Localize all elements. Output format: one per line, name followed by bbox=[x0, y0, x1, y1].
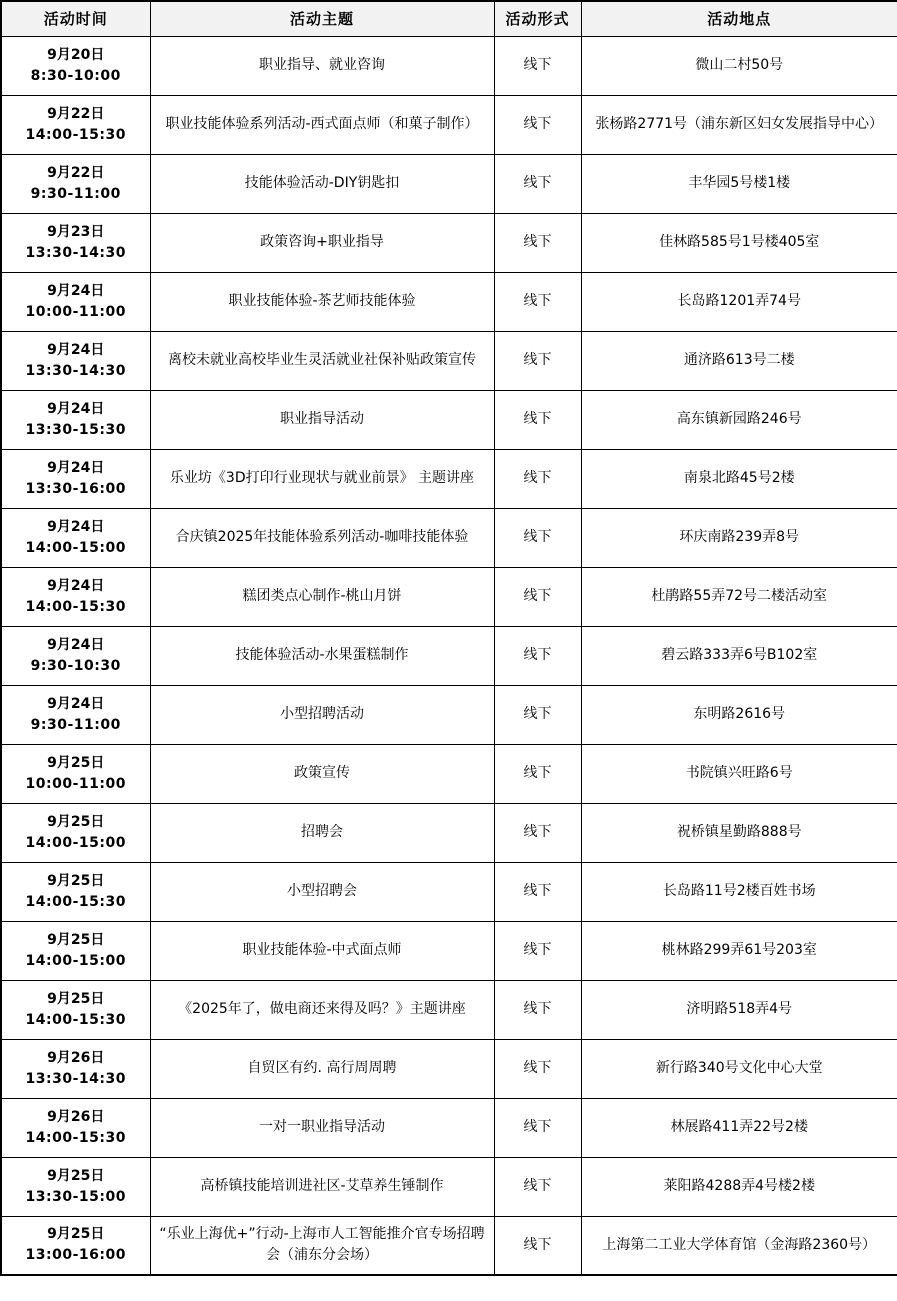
event-time-cell: 9月25日 13:00-16:00 bbox=[1, 1216, 150, 1275]
event-theme-cell: 政策咨询+职业指导 bbox=[150, 213, 494, 272]
event-date: 9月26日 bbox=[5, 1048, 147, 1069]
table-row: 9月24日 13:30-15:30 职业指导活动 线下 高东镇新园路246号 bbox=[1, 390, 897, 449]
event-format-cell: 线下 bbox=[494, 154, 581, 213]
table-row: 9月25日 10:00-11:00 政策宣传 线下 书院镇兴旺路6号 bbox=[1, 744, 897, 803]
event-time-range: 13:30-16:00 bbox=[5, 479, 147, 500]
table-row: 9月22日 14:00-15:30 职业技能体验系列活动-西式面点师（和菓子制作… bbox=[1, 95, 897, 154]
event-theme-cell: 职业指导活动 bbox=[150, 390, 494, 449]
event-location-cell: 林展路411弄22号2楼 bbox=[581, 1098, 897, 1157]
table-row: 9月22日 9:30-11:00 技能体验活动-DIY钥匙扣 线下 丰华园5号楼… bbox=[1, 154, 897, 213]
event-time-cell: 9月25日 13:30-15:00 bbox=[1, 1157, 150, 1216]
column-header-format: 活动形式 bbox=[494, 1, 581, 36]
event-time-range: 13:30-14:30 bbox=[5, 243, 147, 264]
event-format-cell: 线下 bbox=[494, 213, 581, 272]
event-theme-cell: “乐业上海优+”行动-上海市人工智能推介官专场招聘会（浦东分会场） bbox=[150, 1216, 494, 1275]
event-time-cell: 9月26日 13:30-14:30 bbox=[1, 1039, 150, 1098]
event-location-cell: 杜鹃路55弄72号二楼活动室 bbox=[581, 567, 897, 626]
event-format-cell: 线下 bbox=[494, 626, 581, 685]
event-date: 9月23日 bbox=[5, 222, 147, 243]
table-row: 9月26日 13:30-14:30 自贸区有约. 高行周周聘 线下 新行路340… bbox=[1, 1039, 897, 1098]
event-format-cell: 线下 bbox=[494, 1039, 581, 1098]
event-time-range: 9:30-11:00 bbox=[5, 715, 147, 736]
event-location-cell: 上海第二工业大学体育馆（金海路2360号） bbox=[581, 1216, 897, 1275]
event-location-cell: 济明路518弄4号 bbox=[581, 980, 897, 1039]
event-time-cell: 9月25日 14:00-15:00 bbox=[1, 803, 150, 862]
event-theme-cell: 自贸区有约. 高行周周聘 bbox=[150, 1039, 494, 1098]
event-theme-cell: 糕团类点心制作-桃山月饼 bbox=[150, 567, 494, 626]
event-theme-cell: 职业技能体验系列活动-西式面点师（和菓子制作） bbox=[150, 95, 494, 154]
event-format-cell: 线下 bbox=[494, 508, 581, 567]
event-time-range: 13:30-14:30 bbox=[5, 361, 147, 382]
event-time-cell: 9月24日 14:00-15:00 bbox=[1, 508, 150, 567]
event-time-range: 14:00-15:30 bbox=[5, 597, 147, 618]
event-time-range: 8:30-10:00 bbox=[5, 66, 147, 87]
event-time-range: 13:00-16:00 bbox=[5, 1245, 147, 1266]
table-row: 9月25日 14:00-15:00 职业技能体验-中式面点师 线下 桃林路299… bbox=[1, 921, 897, 980]
event-location-cell: 碧云路333弄6号B102室 bbox=[581, 626, 897, 685]
table-row: 9月24日 13:30-14:30 离校未就业高校毕业生灵活就业社保补贴政策宣传… bbox=[1, 331, 897, 390]
event-location-cell: 书院镇兴旺路6号 bbox=[581, 744, 897, 803]
event-format-cell: 线下 bbox=[494, 36, 581, 95]
event-format-cell: 线下 bbox=[494, 1098, 581, 1157]
event-theme-cell: 小型招聘会 bbox=[150, 862, 494, 921]
table-row: 9月24日 14:00-15:00 合庆镇2025年技能体验系列活动-咖啡技能体… bbox=[1, 508, 897, 567]
event-date: 9月24日 bbox=[5, 458, 147, 479]
event-time-cell: 9月24日 9:30-10:30 bbox=[1, 626, 150, 685]
event-time-cell: 9月25日 14:00-15:00 bbox=[1, 921, 150, 980]
event-location-cell: 长岛路11号2楼百姓书场 bbox=[581, 862, 897, 921]
event-format-cell: 线下 bbox=[494, 95, 581, 154]
event-time-cell: 9月22日 9:30-11:00 bbox=[1, 154, 150, 213]
event-date: 9月25日 bbox=[5, 989, 147, 1010]
event-time-cell: 9月22日 14:00-15:30 bbox=[1, 95, 150, 154]
event-date: 9月24日 bbox=[5, 399, 147, 420]
event-theme-cell: 高桥镇技能培训进社区-艾草养生锤制作 bbox=[150, 1157, 494, 1216]
event-format-cell: 线下 bbox=[494, 272, 581, 331]
event-theme-cell: 乐业坊《3D打印行业现状与就业前景》 主题讲座 bbox=[150, 449, 494, 508]
event-location-cell: 高东镇新园路246号 bbox=[581, 390, 897, 449]
table-row: 9月24日 9:30-11:00 小型招聘活动 线下 东明路2616号 bbox=[1, 685, 897, 744]
event-date: 9月24日 bbox=[5, 281, 147, 302]
event-time-cell: 9月24日 13:30-15:30 bbox=[1, 390, 150, 449]
event-time-range: 14:00-15:30 bbox=[5, 1128, 147, 1149]
event-theme-cell: 合庆镇2025年技能体验系列活动-咖啡技能体验 bbox=[150, 508, 494, 567]
table-row: 9月24日 13:30-16:00 乐业坊《3D打印行业现状与就业前景》 主题讲… bbox=[1, 449, 897, 508]
event-time-cell: 9月25日 10:00-11:00 bbox=[1, 744, 150, 803]
event-date: 9月25日 bbox=[5, 753, 147, 774]
event-date: 9月25日 bbox=[5, 1166, 147, 1187]
event-date: 9月22日 bbox=[5, 104, 147, 125]
event-format-cell: 线下 bbox=[494, 1216, 581, 1275]
event-time-range: 14:00-15:00 bbox=[5, 951, 147, 972]
event-location-cell: 莱阳路4288弄4号楼2楼 bbox=[581, 1157, 897, 1216]
event-time-range: 14:00-15:30 bbox=[5, 125, 147, 146]
event-time-cell: 9月24日 9:30-11:00 bbox=[1, 685, 150, 744]
event-location-cell: 佳林路585号1号楼405室 bbox=[581, 213, 897, 272]
event-date: 9月22日 bbox=[5, 163, 147, 184]
event-format-cell: 线下 bbox=[494, 331, 581, 390]
table-row: 9月25日 13:00-16:00 “乐业上海优+”行动-上海市人工智能推介官专… bbox=[1, 1216, 897, 1275]
event-format-cell: 线下 bbox=[494, 1157, 581, 1216]
table-row: 9月25日 14:00-15:00 招聘会 线下 祝桥镇星勤路888号 bbox=[1, 803, 897, 862]
event-location-cell: 环庆南路239弄8号 bbox=[581, 508, 897, 567]
event-theme-cell: 职业技能体验-中式面点师 bbox=[150, 921, 494, 980]
event-time-range: 13:30-14:30 bbox=[5, 1069, 147, 1090]
event-date: 9月24日 bbox=[5, 576, 147, 597]
event-date: 9月24日 bbox=[5, 635, 147, 656]
event-time-cell: 9月24日 10:00-11:00 bbox=[1, 272, 150, 331]
event-theme-cell: 《2025年了，做电商还来得及吗？》主题讲座 bbox=[150, 980, 494, 1039]
event-location-cell: 南泉北路45号2楼 bbox=[581, 449, 897, 508]
event-time-cell: 9月25日 14:00-15:30 bbox=[1, 862, 150, 921]
table-row: 9月24日 10:00-11:00 职业技能体验-茶艺师技能体验 线下 长岛路1… bbox=[1, 272, 897, 331]
event-location-cell: 通济路613号二楼 bbox=[581, 331, 897, 390]
event-time-range: 13:30-15:30 bbox=[5, 420, 147, 441]
event-format-cell: 线下 bbox=[494, 980, 581, 1039]
event-time-range: 10:00-11:00 bbox=[5, 302, 147, 323]
table-row: 9月24日 14:00-15:30 糕团类点心制作-桃山月饼 线下 杜鹃路55弄… bbox=[1, 567, 897, 626]
event-theme-cell: 一对一职业指导活动 bbox=[150, 1098, 494, 1157]
event-theme-cell: 离校未就业高校毕业生灵活就业社保补贴政策宣传 bbox=[150, 331, 494, 390]
event-time-cell: 9月24日 13:30-14:30 bbox=[1, 331, 150, 390]
event-time-cell: 9月24日 14:00-15:30 bbox=[1, 567, 150, 626]
event-theme-cell: 招聘会 bbox=[150, 803, 494, 862]
event-date: 9月24日 bbox=[5, 517, 147, 538]
column-header-time: 活动时间 bbox=[1, 1, 150, 36]
events-schedule-page: 活动时间 活动主题 活动形式 活动地点 9月20日 8:30-10:00 职业指… bbox=[0, 0, 897, 1301]
event-date: 9月26日 bbox=[5, 1107, 147, 1128]
event-time-range: 14:00-15:30 bbox=[5, 1010, 147, 1031]
event-format-cell: 线下 bbox=[494, 567, 581, 626]
event-location-cell: 桃林路299弄61号203室 bbox=[581, 921, 897, 980]
event-date: 9月25日 bbox=[5, 812, 147, 833]
event-date: 9月20日 bbox=[5, 45, 147, 66]
table-header: 活动时间 活动主题 活动形式 活动地点 bbox=[1, 1, 897, 36]
event-time-cell: 9月25日 14:00-15:30 bbox=[1, 980, 150, 1039]
event-format-cell: 线下 bbox=[494, 390, 581, 449]
event-time-cell: 9月20日 8:30-10:00 bbox=[1, 36, 150, 95]
table-row: 9月26日 14:00-15:30 一对一职业指导活动 线下 林展路411弄22… bbox=[1, 1098, 897, 1157]
event-time-range: 14:00-15:00 bbox=[5, 833, 147, 854]
event-time-cell: 9月24日 13:30-16:00 bbox=[1, 449, 150, 508]
event-time-range: 9:30-10:30 bbox=[5, 656, 147, 677]
column-header-theme: 活动主题 bbox=[150, 1, 494, 36]
event-location-cell: 张杨路2771号（浦东新区妇女发展指导中心） bbox=[581, 95, 897, 154]
event-theme-cell: 技能体验活动-DIY钥匙扣 bbox=[150, 154, 494, 213]
event-time-range: 10:00-11:00 bbox=[5, 774, 147, 795]
events-table: 活动时间 活动主题 活动形式 活动地点 9月20日 8:30-10:00 职业指… bbox=[0, 0, 897, 1276]
event-time-range: 14:00-15:30 bbox=[5, 892, 147, 913]
event-format-cell: 线下 bbox=[494, 803, 581, 862]
table-row: 9月25日 14:00-15:30 小型招聘会 线下 长岛路11号2楼百姓书场 bbox=[1, 862, 897, 921]
event-location-cell: 新行路340号文化中心大堂 bbox=[581, 1039, 897, 1098]
table-row: 9月24日 9:30-10:30 技能体验活动-水果蛋糕制作 线下 碧云路333… bbox=[1, 626, 897, 685]
event-theme-cell: 小型招聘活动 bbox=[150, 685, 494, 744]
event-time-range: 9:30-11:00 bbox=[5, 184, 147, 205]
event-time-range: 13:30-15:00 bbox=[5, 1187, 147, 1208]
event-format-cell: 线下 bbox=[494, 921, 581, 980]
event-format-cell: 线下 bbox=[494, 862, 581, 921]
event-location-cell: 微山二村50号 bbox=[581, 36, 897, 95]
event-date: 9月25日 bbox=[5, 871, 147, 892]
event-theme-cell: 职业技能体验-茶艺师技能体验 bbox=[150, 272, 494, 331]
event-format-cell: 线下 bbox=[494, 744, 581, 803]
event-location-cell: 长岛路1201弄74号 bbox=[581, 272, 897, 331]
event-theme-cell: 技能体验活动-水果蛋糕制作 bbox=[150, 626, 494, 685]
event-theme-cell: 政策宣传 bbox=[150, 744, 494, 803]
event-time-cell: 9月26日 14:00-15:30 bbox=[1, 1098, 150, 1157]
column-header-location: 活动地点 bbox=[581, 1, 897, 36]
event-time-cell: 9月23日 13:30-14:30 bbox=[1, 213, 150, 272]
table-row: 9月23日 13:30-14:30 政策咨询+职业指导 线下 佳林路585号1号… bbox=[1, 213, 897, 272]
event-date: 9月24日 bbox=[5, 340, 147, 361]
event-time-range: 14:00-15:00 bbox=[5, 538, 147, 559]
event-format-cell: 线下 bbox=[494, 449, 581, 508]
table-row: 9月20日 8:30-10:00 职业指导、就业咨询 线下 微山二村50号 bbox=[1, 36, 897, 95]
event-format-cell: 线下 bbox=[494, 685, 581, 744]
header-row: 活动时间 活动主题 活动形式 活动地点 bbox=[1, 1, 897, 36]
event-date: 9月24日 bbox=[5, 694, 147, 715]
table-row: 9月25日 14:00-15:30 《2025年了，做电商还来得及吗？》主题讲座… bbox=[1, 980, 897, 1039]
event-date: 9月25日 bbox=[5, 1224, 147, 1245]
event-location-cell: 丰华园5号楼1楼 bbox=[581, 154, 897, 213]
table-body: 9月20日 8:30-10:00 职业指导、就业咨询 线下 微山二村50号 9月… bbox=[1, 36, 897, 1275]
event-theme-cell: 职业指导、就业咨询 bbox=[150, 36, 494, 95]
event-location-cell: 东明路2616号 bbox=[581, 685, 897, 744]
table-row: 9月25日 13:30-15:00 高桥镇技能培训进社区-艾草养生锤制作 线下 … bbox=[1, 1157, 897, 1216]
event-location-cell: 祝桥镇星勤路888号 bbox=[581, 803, 897, 862]
event-date: 9月25日 bbox=[5, 930, 147, 951]
